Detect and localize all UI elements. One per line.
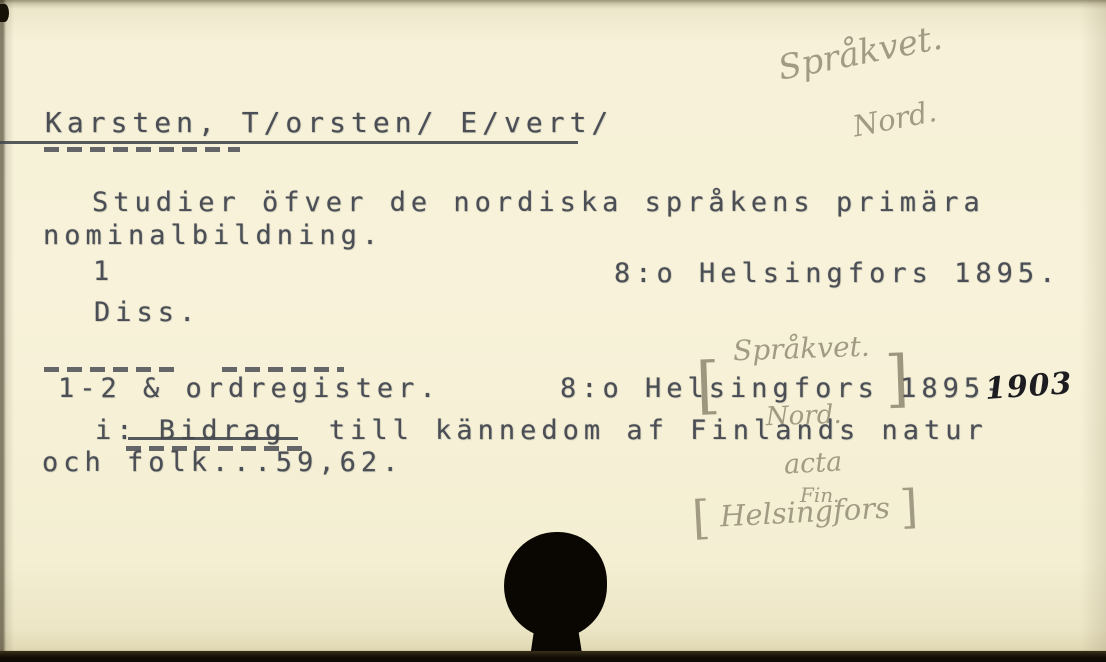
bracket-close: ] <box>899 484 919 529</box>
volume-number: 1 <box>93 257 114 287</box>
left-edge-notch <box>0 4 9 22</box>
author-heading: Karsten, T/orsten/ E/vert/ <box>45 108 613 138</box>
annotation-acta: acta <box>783 446 843 480</box>
imprint-first: 8:o Helsingfors 1895. <box>614 259 1060 289</box>
parts-line: 1-2 & ordregister. <box>58 374 441 404</box>
card-bottom-edge-shadow <box>0 651 1106 662</box>
heading-underline-dashed <box>44 147 240 152</box>
series-title: Bidrag <box>159 415 287 446</box>
shelf-mark-top-line1: Språkvet. <box>775 20 945 87</box>
series-title-underline <box>128 437 298 440</box>
shelf-mark-top-line2: Nord. <box>850 92 958 141</box>
series-line: i: Bidrag till kännedom af Finlands natu… <box>95 416 988 446</box>
added-year-handwritten: 1903 <box>984 366 1074 407</box>
dissertation-note: Diss. <box>94 298 200 328</box>
title-line-1: Studier öfver de nordiska språkens primä… <box>92 188 985 218</box>
annotation-helsingfors-text: Helsingfors <box>719 491 891 534</box>
series-line-2: och folk...59,62. <box>42 448 403 478</box>
title-line-2: nominalbildning. <box>43 221 383 251</box>
series-prefix: i: <box>95 415 159 446</box>
ditto-overline-1 <box>44 367 177 372</box>
card-right-edge-shadow <box>1080 0 1106 662</box>
series-rest: till kännedom af Finlands natur <box>286 415 987 446</box>
scanned-catalog-card: Språkvet. Nord. Karsten, T/orsten/ E/ver… <box>0 0 1106 662</box>
heading-underline <box>0 141 578 144</box>
ditto-overline-2 <box>222 367 344 372</box>
imprint-second: 8:o Helsingfors 1895- <box>560 374 1006 404</box>
shelf-mark-top-right: Språkvet. Nord. <box>768 0 965 191</box>
bracket-open: [ <box>691 495 711 540</box>
shelf-mark-mid-line1: Språkvet. <box>733 332 871 367</box>
